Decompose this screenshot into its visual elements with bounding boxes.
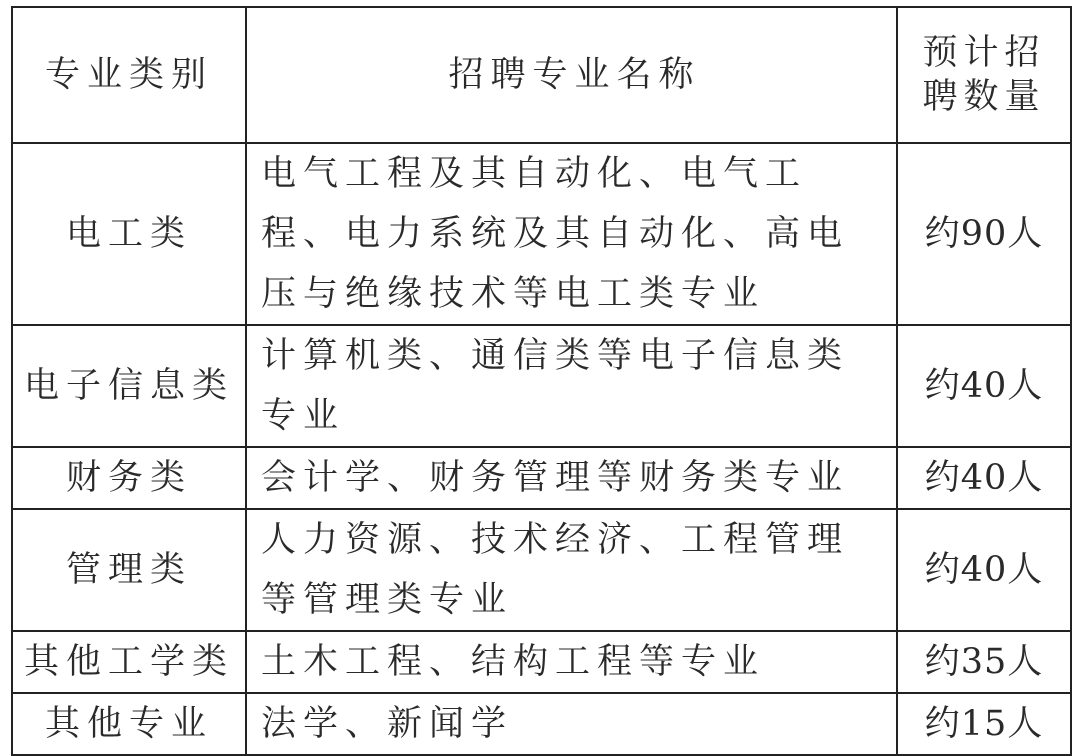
header-count-line1: 预计招 [898,31,1070,75]
majors-cell: 会计学、财务管理等财务类专业 [246,447,897,509]
table-row: 电工类 电气工程及其自动化、电气工程、电力系统及其自动化、高电压与绝缘技术等电工… [12,143,1071,325]
header-row: 专业类别 招聘专业名称 预计招 聘数量 [12,7,1071,143]
category-cell: 财务类 [12,447,246,509]
count-cell: 约40人 [897,325,1071,447]
majors-cell: 法学、新闻学 [246,693,897,755]
majors-cell: 土木工程、结构工程等专业 [246,631,897,693]
recruitment-table: 专业类别 招聘专业名称 预计招 聘数量 电工类 电气工程及其自动化、电气工程、电… [11,6,1072,756]
majors-cell: 人力资源、技术经济、工程管理等管理类专业 [246,509,897,631]
header-count: 预计招 聘数量 [897,7,1071,143]
header-majors: 招聘专业名称 [246,7,897,143]
table-row: 电子信息类 计算机类、通信类等电子信息类专业 约40人 [12,325,1071,447]
header-count-line2: 聘数量 [898,75,1070,119]
majors-cell: 计算机类、通信类等电子信息类专业 [246,325,897,447]
table-row: 其他工学类 土木工程、结构工程等专业 约35人 [12,631,1071,693]
count-cell: 约40人 [897,509,1071,631]
count-cell: 约40人 [897,447,1071,509]
table-row: 管理类 人力资源、技术经济、工程管理等管理类专业 约40人 [12,509,1071,631]
category-cell: 管理类 [12,509,246,631]
table-row: 财务类 会计学、财务管理等财务类专业 约40人 [12,447,1071,509]
category-cell: 电子信息类 [12,325,246,447]
count-cell: 约15人 [897,693,1071,755]
count-cell: 约90人 [897,143,1071,325]
category-cell: 电工类 [12,143,246,325]
majors-cell: 电气工程及其自动化、电气工程、电力系统及其自动化、高电压与绝缘技术等电工类专业 [246,143,897,325]
header-category: 专业类别 [12,7,246,143]
category-cell: 其他专业 [12,693,246,755]
table-row: 其他专业 法学、新闻学 约15人 [12,693,1071,755]
category-cell: 其他工学类 [12,631,246,693]
count-cell: 约35人 [897,631,1071,693]
